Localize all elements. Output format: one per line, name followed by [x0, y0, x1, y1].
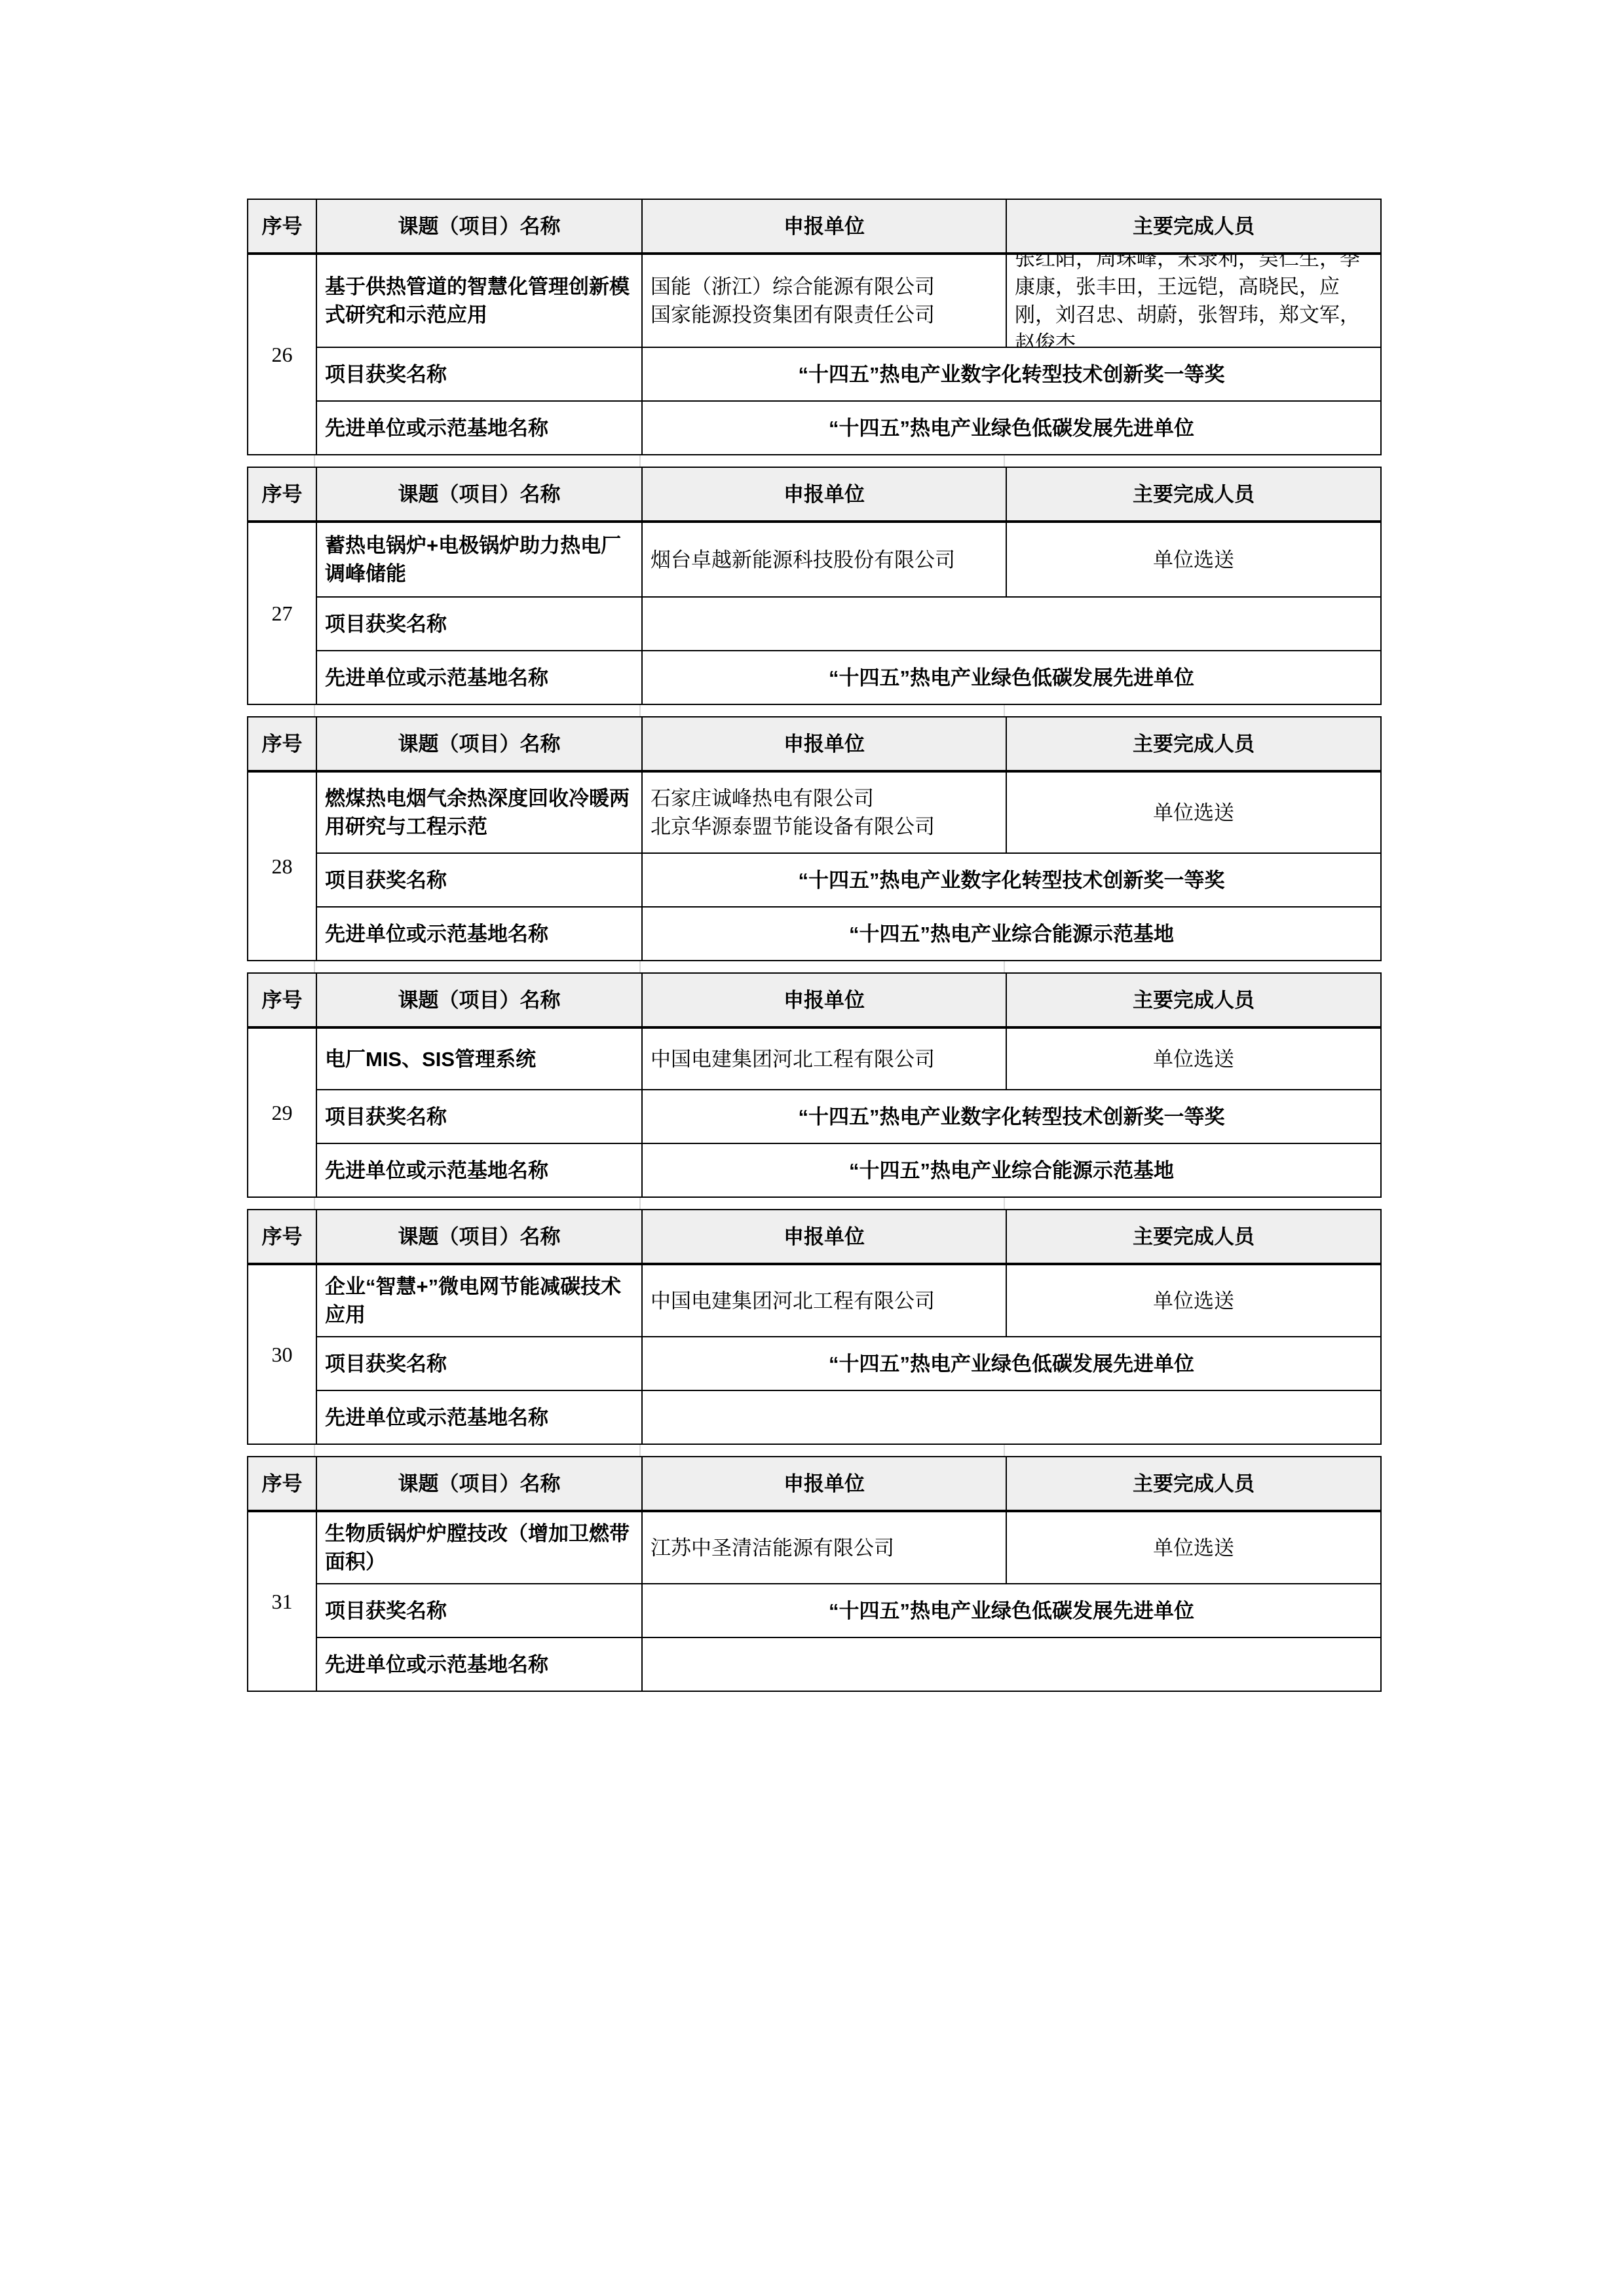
table-gap [247, 455, 1382, 467]
advanced-label-cell: 先进单位或示范基地名称 [316, 1637, 641, 1691]
header-title-label: 课题（项目）名称 [398, 986, 561, 1014]
award-label: 项目获奖名称 [325, 866, 447, 894]
header-cell-title: 课题（项目）名称 [316, 717, 641, 773]
table-gap [247, 1198, 1382, 1209]
column-gridline [314, 1445, 315, 1456]
advanced-value-cell: “十四五”热电产业绿色低碳发展先进单位 [641, 650, 1380, 704]
award-label: 项目获奖名称 [325, 610, 447, 638]
advanced-value-cell: “十四五”热电产业综合能源示范基地 [641, 1143, 1380, 1196]
advanced-value: “十四五”热电产业综合能源示范基地 [849, 920, 1174, 948]
award-value-cell: “十四五”热电产业绿色低碳发展先进单位 [641, 1336, 1380, 1390]
award-value: “十四五”热电产业数字化转型技术创新奖一等奖 [799, 1103, 1225, 1131]
header-cell-unit: 申报单位 [641, 1210, 1006, 1265]
award-tables-document: 序号 课题（项目）名称 申报单位 主要完成人员 26 基于供热管道的智慧化管理创… [247, 199, 1382, 1692]
people-text: 单位选送 [1153, 1045, 1234, 1073]
seq-cell: 27 [248, 523, 316, 704]
award-value-cell: “十四五”热电产业数字化转型技术创新奖一等奖 [641, 1089, 1380, 1143]
header-cell-title: 课题（项目）名称 [316, 200, 641, 255]
unit-line: 中国电建集团河北工程有限公司 [651, 1287, 935, 1315]
header-seq-label: 序号 [262, 212, 303, 240]
document-page: 序号 课题（项目）名称 申报单位 主要完成人员 26 基于供热管道的智慧化管理创… [0, 0, 1624, 2296]
award-value-cell: “十四五”热电产业数字化转型技术创新奖一等奖 [641, 852, 1380, 906]
header-cell-unit: 申报单位 [641, 468, 1006, 523]
table-gap [247, 1445, 1382, 1456]
unit-line: 中国电建集团河北工程有限公司 [651, 1045, 935, 1073]
header-cell-title: 课题（项目）名称 [316, 468, 641, 523]
header-cell-people: 主要完成人员 [1006, 200, 1380, 255]
header-cell-title: 课题（项目）名称 [316, 1457, 641, 1512]
column-gridline [639, 455, 641, 467]
header-cell-unit: 申报单位 [641, 717, 1006, 773]
header-unit-label: 申报单位 [784, 212, 865, 240]
header-title-label: 课题（项目）名称 [398, 730, 561, 758]
header-cell-seq: 序号 [248, 974, 316, 1029]
people-text: 单位选送 [1153, 1534, 1234, 1562]
header-seq-label: 序号 [262, 1223, 303, 1251]
column-gridline [639, 705, 641, 716]
advanced-label: 先进单位或示范基地名称 [325, 414, 548, 442]
header-cell-seq: 序号 [248, 717, 316, 773]
seq-number: 29 [272, 1099, 293, 1127]
award-label-cell: 项目获奖名称 [316, 596, 641, 650]
advanced-label-cell: 先进单位或示范基地名称 [316, 400, 641, 454]
column-gridline [639, 1445, 641, 1456]
unit-line: 石家庄诚峰热电有限公司 [651, 784, 874, 813]
unit-line: 北京华源泰盟节能设备有限公司 [651, 813, 935, 841]
header-cell-people: 主要完成人员 [1006, 1210, 1380, 1265]
advanced-label: 先进单位或示范基地名称 [325, 1404, 548, 1432]
header-cell-unit: 申报单位 [641, 974, 1006, 1029]
header-cell-seq: 序号 [248, 1210, 316, 1265]
column-gridline [639, 961, 641, 972]
award-value-cell: “十四五”热电产业数字化转型技术创新奖一等奖 [641, 347, 1380, 400]
project-title-cell: 燃煤热电烟气余热深度回收冷暖两用研究与工程示范 [316, 773, 641, 852]
header-unit-label: 申报单位 [784, 1223, 865, 1251]
project-title: 生物质锅炉炉膛技改（增加卫燃带面积） [325, 1520, 633, 1576]
advanced-label-cell: 先进单位或示范基地名称 [316, 1143, 641, 1196]
advanced-value-cell: “十四五”热电产业绿色低碳发展先进单位 [641, 400, 1380, 454]
award-label: 项目获奖名称 [325, 1350, 447, 1378]
project-title: 蓄热电锅炉+电极锅炉助力热电厂调峰储能 [325, 531, 633, 588]
award-table-28: 序号 课题（项目）名称 申报单位 主要完成人员 28 燃煤热电烟气余热深度回收冷… [247, 716, 1382, 961]
units-cell: 国能（浙江）综合能源有限公司 国家能源投资集团有限责任公司 [641, 255, 1006, 347]
header-cell-people: 主要完成人员 [1006, 717, 1380, 773]
column-gridline [1004, 455, 1005, 467]
award-label-cell: 项目获奖名称 [316, 852, 641, 906]
advanced-label: 先进单位或示范基地名称 [325, 920, 548, 948]
people-cell: 张红阳，周珠峰，宋录利，吴仁生，李康康，张丰田，王远铠，高晓民，应刚，刘召忠、胡… [1006, 255, 1380, 347]
award-label-cell: 项目获奖名称 [316, 1583, 641, 1637]
units-cell: 烟台卓越新能源科技股份有限公司 [641, 523, 1006, 596]
header-seq-label: 序号 [262, 480, 303, 508]
project-title-cell: 基于供热管道的智慧化管理创新模式研究和示范应用 [316, 255, 641, 347]
award-value-cell [641, 596, 1380, 650]
seq-cell: 31 [248, 1512, 316, 1691]
project-title-cell: 蓄热电锅炉+电极锅炉助力热电厂调峰储能 [316, 523, 641, 596]
seq-number: 30 [272, 1341, 293, 1369]
seq-cell: 29 [248, 1029, 316, 1196]
header-cell-people: 主要完成人员 [1006, 974, 1380, 1029]
table-gap [247, 705, 1382, 716]
award-label: 项目获奖名称 [325, 1597, 447, 1625]
header-seq-label: 序号 [262, 986, 303, 1014]
award-value: “十四五”热电产业数字化转型技术创新奖一等奖 [799, 360, 1225, 389]
project-title-cell: 生物质锅炉炉膛技改（增加卫燃带面积） [316, 1512, 641, 1583]
header-cell-title: 课题（项目）名称 [316, 974, 641, 1029]
advanced-value-cell [641, 1637, 1380, 1691]
header-people-label: 主要完成人员 [1133, 480, 1255, 508]
award-label: 项目获奖名称 [325, 360, 447, 389]
advanced-value: “十四五”热电产业综合能源示范基地 [849, 1157, 1174, 1185]
advanced-label: 先进单位或示范基地名称 [325, 1651, 548, 1679]
column-gridline [314, 705, 315, 716]
header-cell-unit: 申报单位 [641, 200, 1006, 255]
column-gridline [1004, 961, 1005, 972]
header-people-label: 主要完成人员 [1133, 1223, 1255, 1251]
header-cell-seq: 序号 [248, 468, 316, 523]
header-people-label: 主要完成人员 [1133, 730, 1255, 758]
column-gridline [314, 1198, 315, 1209]
project-title: 企业“智慧+”微电网节能减碳技术应用 [325, 1272, 633, 1329]
header-unit-label: 申报单位 [784, 730, 865, 758]
advanced-value-cell [641, 1390, 1380, 1444]
column-gridline [314, 961, 315, 972]
award-table-26: 序号 课题（项目）名称 申报单位 主要完成人员 26 基于供热管道的智慧化管理创… [247, 199, 1382, 455]
award-value: “十四五”热电产业绿色低碳发展先进单位 [829, 1597, 1194, 1625]
people-cell: 单位选送 [1006, 523, 1380, 596]
advanced-value: “十四五”热电产业绿色低碳发展先进单位 [829, 414, 1194, 442]
seq-number: 27 [272, 600, 293, 628]
column-gridline [314, 455, 315, 467]
header-cell-people: 主要完成人员 [1006, 468, 1380, 523]
header-cell-people: 主要完成人员 [1006, 1457, 1380, 1512]
project-title-cell: 电厂MIS、SIS管理系统 [316, 1029, 641, 1089]
seq-number: 28 [272, 852, 293, 881]
advanced-label-cell: 先进单位或示范基地名称 [316, 906, 641, 960]
people-text: 张红阳，周珠峰，宋录利，吴仁生，李康康，张丰田，王远铠，高晓民，应刚，刘召忠、胡… [1015, 255, 1372, 347]
people-cell: 单位选送 [1006, 1512, 1380, 1583]
header-seq-label: 序号 [262, 730, 303, 758]
unit-line: 国家能源投资集团有限责任公司 [651, 301, 935, 329]
advanced-label-cell: 先进单位或示范基地名称 [316, 650, 641, 704]
award-label-cell: 项目获奖名称 [316, 347, 641, 400]
award-value: “十四五”热电产业绿色低碳发展先进单位 [829, 1350, 1194, 1378]
award-label-cell: 项目获奖名称 [316, 1089, 641, 1143]
header-seq-label: 序号 [262, 1470, 303, 1498]
advanced-value: “十四五”热电产业绿色低碳发展先进单位 [829, 664, 1194, 692]
award-value-cell: “十四五”热电产业绿色低碳发展先进单位 [641, 1583, 1380, 1637]
header-cell-unit: 申报单位 [641, 1457, 1006, 1512]
project-title-cell: 企业“智慧+”微电网节能减碳技术应用 [316, 1265, 641, 1336]
advanced-label: 先进单位或示范基地名称 [325, 664, 548, 692]
header-unit-label: 申报单位 [784, 1470, 865, 1498]
table-gap [247, 961, 1382, 972]
award-table-30: 序号 课题（项目）名称 申报单位 主要完成人员 30 企业“智慧+”微电网节能减… [247, 1209, 1382, 1445]
people-text: 单位选送 [1153, 799, 1234, 827]
award-table-27: 序号 课题（项目）名称 申报单位 主要完成人员 27 蓄热电锅炉+电极锅炉助力热… [247, 467, 1382, 705]
award-label-cell: 项目获奖名称 [316, 1336, 641, 1390]
header-unit-label: 申报单位 [784, 986, 865, 1014]
advanced-label: 先进单位或示范基地名称 [325, 1157, 548, 1185]
column-gridline [639, 1198, 641, 1209]
column-gridline [1004, 705, 1005, 716]
header-title-label: 课题（项目）名称 [398, 1223, 561, 1251]
header-cell-title: 课题（项目）名称 [316, 1210, 641, 1265]
people-text: 单位选送 [1153, 546, 1234, 574]
header-people-label: 主要完成人员 [1133, 212, 1255, 240]
header-people-label: 主要完成人员 [1133, 986, 1255, 1014]
seq-number: 31 [272, 1588, 293, 1616]
units-cell: 石家庄诚峰热电有限公司 北京华源泰盟节能设备有限公司 [641, 773, 1006, 852]
header-cell-seq: 序号 [248, 200, 316, 255]
units-cell: 中国电建集团河北工程有限公司 [641, 1029, 1006, 1089]
seq-cell: 28 [248, 773, 316, 960]
seq-number: 26 [272, 341, 293, 369]
units-cell: 中国电建集团河北工程有限公司 [641, 1265, 1006, 1336]
award-table-31: 序号 课题（项目）名称 申报单位 主要完成人员 31 生物质锅炉炉膛技改（增加卫… [247, 1456, 1382, 1692]
award-value: “十四五”热电产业数字化转型技术创新奖一等奖 [799, 866, 1225, 894]
project-title: 电厂MIS、SIS管理系统 [325, 1045, 536, 1073]
header-title-label: 课题（项目）名称 [398, 480, 561, 508]
advanced-label-cell: 先进单位或示范基地名称 [316, 1390, 641, 1444]
header-title-label: 课题（项目）名称 [398, 1470, 561, 1498]
header-people-label: 主要完成人员 [1133, 1470, 1255, 1498]
people-cell: 单位选送 [1006, 1265, 1380, 1336]
unit-line: 江苏中圣清洁能源有限公司 [651, 1534, 894, 1562]
unit-line: 烟台卓越新能源科技股份有限公司 [651, 546, 955, 574]
column-gridline [1004, 1198, 1005, 1209]
advanced-value-cell: “十四五”热电产业综合能源示范基地 [641, 906, 1380, 960]
project-title: 燃煤热电烟气余热深度回收冷暖两用研究与工程示范 [325, 784, 633, 841]
project-title: 基于供热管道的智慧化管理创新模式研究和示范应用 [325, 273, 633, 329]
units-cell: 江苏中圣清洁能源有限公司 [641, 1512, 1006, 1583]
people-cell: 单位选送 [1006, 1029, 1380, 1089]
header-title-label: 课题（项目）名称 [398, 212, 561, 240]
people-cell: 单位选送 [1006, 773, 1380, 852]
award-table-29: 序号 课题（项目）名称 申报单位 主要完成人员 29 电厂MIS、SIS管理系统… [247, 972, 1382, 1198]
people-text: 单位选送 [1153, 1287, 1234, 1315]
unit-line: 国能（浙江）综合能源有限公司 [651, 273, 935, 301]
seq-cell: 26 [248, 255, 316, 454]
column-gridline [1004, 1445, 1005, 1456]
header-unit-label: 申报单位 [784, 480, 865, 508]
header-cell-seq: 序号 [248, 1457, 316, 1512]
award-label: 项目获奖名称 [325, 1103, 447, 1131]
seq-cell: 30 [248, 1265, 316, 1444]
